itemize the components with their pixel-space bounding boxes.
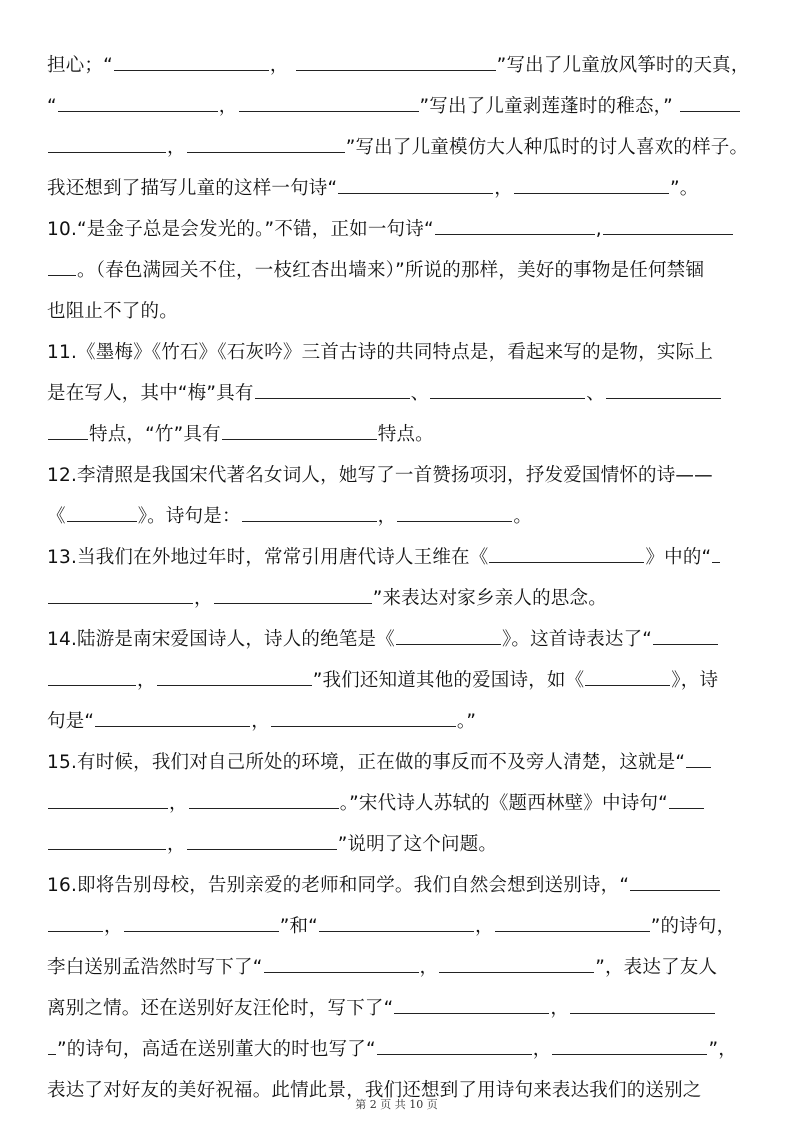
line-text: 。” [457,711,476,732]
fill-in-blank[interactable] [377,1032,532,1055]
fill-in-blank[interactable] [214,581,372,604]
fill-in-blank[interactable] [48,663,136,686]
line-text: 。”宋代诗人苏轼的《题西林壁》中诗句“ [340,793,668,814]
line-text: 是在写人，其中“梅”具有 [47,383,254,404]
fill-in-blank[interactable] [495,909,650,932]
line-text: ”的诗句， [651,916,736,937]
fill-in-blank[interactable] [606,376,721,399]
line-text: 》。诗句是： [138,506,241,527]
fill-in-blank[interactable] [570,991,715,1014]
fill-in-blank[interactable] [58,89,218,112]
line-text: ， [169,793,188,814]
text-line: 10.“是金子总是会发光的。”不错，正如一句诗“, [47,212,747,253]
text-line: 离别之情。还在送别好友汪伦时，写下了“， [47,991,747,1032]
line-text: ， [167,834,186,855]
fill-in-blank[interactable] [435,212,595,235]
line-text: ， [104,916,123,937]
line-text: ”。 [670,178,698,199]
fill-in-blank[interactable] [124,909,279,932]
text-line: 11.《墨梅》《竹石》《石灰吟》三首古诗的共同特点是，看起来写的是物，实际上 [47,335,747,376]
fill-in-blank[interactable] [189,786,339,809]
fill-in-blank[interactable] [653,622,718,645]
fill-in-blank[interactable] [338,171,493,194]
line-text: 》，诗 [671,670,718,691]
fill-in-blank[interactable] [296,48,496,71]
line-text: 句是“ [47,711,94,732]
fill-in-blank[interactable] [114,48,269,71]
fill-in-blank[interactable] [48,417,88,440]
line-text: 13.当我们在外地过年时，常常引用唐代诗人王维在《 [47,547,488,568]
fill-in-blank[interactable] [439,950,594,973]
line-text: 、 [411,383,430,404]
fill-in-blank[interactable] [187,827,337,850]
line-text: ， [494,178,513,199]
fill-in-blank[interactable] [319,909,474,932]
text-line: 14.陆游是南宋爱国诗人，诗人的绝笔是《》。这首诗表达了“ [47,622,747,663]
line-text: “ [47,96,57,117]
line-text: ， [378,506,397,527]
text-line: ，”和“，”的诗句， [47,909,747,950]
fill-in-blank[interactable] [686,745,711,768]
fill-in-blank[interactable] [514,171,669,194]
line-text: ， [251,711,270,732]
line-text: 10.“是金子总是会发光的。”不错，正如一句诗“ [47,219,434,240]
text-line: ，”我们还知道其他的爱国诗，如《》，诗 [47,663,747,704]
line-text: ”我们还知道其他的爱国诗，如《 [313,670,585,691]
text-line: 也阻止不了的。 [47,294,747,335]
line-text: 、 [586,383,605,404]
text-line: 句是“，。” [47,704,747,745]
line-text: ”写出了儿童剥莲蓬时的稚态，” [420,96,680,117]
line-text: 》。这首诗表达了“ [502,629,652,650]
line-text: 。（春色满园关不住，一枝红杏出墙来）”所说的那样，美好的事物是任何禁锢 [77,260,704,281]
text-line: 13.当我们在外地过年时，常常引用唐代诗人王维在《》中的“ [47,540,747,581]
line-text: 担心；“ [47,55,113,76]
fill-in-blank[interactable] [48,130,166,153]
fill-in-blank[interactable] [271,704,456,727]
fill-in-blank[interactable] [255,376,410,399]
line-text: 离别之情。还在送别好友汪伦时，写下了“ [47,998,393,1019]
fill-in-blank[interactable] [48,827,166,850]
line-text: 我还想到了描写儿童的这样一句诗“ [47,178,337,199]
fill-in-blank[interactable] [603,212,733,235]
line-text: 特点，“竹”具有 [89,424,221,445]
text-line: “，”写出了儿童剥莲蓬时的稚态，” [47,89,747,130]
line-text: ， [219,96,238,117]
line-text: ”，表达了友人 [595,957,717,978]
fill-in-blank[interactable] [157,663,312,686]
fill-in-blank[interactable] [552,1032,707,1055]
text-line: 我还想到了描写儿童的这样一句诗“，”。 [47,171,747,212]
fill-in-blank[interactable] [48,253,76,276]
line-text: , [596,219,602,240]
text-line: 李白送别孟浩然时写下了“，”，表达了友人 [47,950,747,991]
fill-in-blank[interactable] [430,376,585,399]
text-line: ，。”宋代诗人苏轼的《题西林壁》中诗句“ [47,786,747,827]
line-text: ”的诗句，高适在送别董大的时也写了“ [57,1039,376,1060]
line-text: ”写出了儿童模仿大人种瓜时的讨人喜欢的样子。 [346,137,749,158]
fill-in-blank[interactable] [48,581,193,604]
line-text: 11.《墨梅》《竹石》《石灰吟》三首古诗的共同特点是，看起来写的是物，实际上 [47,342,713,363]
page-footer: 第 2 页 共 10 页 [0,1096,793,1112]
fill-in-blank[interactable] [669,786,704,809]
text-line: 12.李清照是我国宋代著名女词人，她写了一首赞扬项羽，抒发爱国情怀的诗—— [47,458,747,499]
line-text: ， [137,670,156,691]
text-line: 是在写人，其中“梅”具有、、 [47,376,747,417]
text-line: ，”说明了这个问题。 [47,827,747,868]
fill-in-blank[interactable] [242,499,377,522]
worksheet-page: 担心；“， ”写出了儿童放风筝时的天真，“，”写出了儿童剥莲蓬时的稚态，” ，”… [47,48,747,1114]
fill-in-blank[interactable] [680,89,740,112]
fill-in-blank[interactable] [48,1032,56,1055]
line-text: ， [167,137,186,158]
text-line: 特点，“竹”具有特点。 [47,417,747,458]
text-line: ，”写出了儿童模仿大人种瓜时的讨人喜欢的样子。 [47,130,747,171]
line-text: 《 [47,506,66,527]
line-text: 14.陆游是南宋爱国诗人，诗人的绝笔是《 [47,629,395,650]
line-text: 。 [513,506,532,527]
fill-in-blank[interactable] [264,950,419,973]
line-text: 也阻止不了的。 [47,301,178,322]
fill-in-blank[interactable] [48,909,103,932]
fill-in-blank[interactable] [489,540,644,563]
line-text: 12.李清照是我国宋代著名女词人，她写了一首赞扬项羽，抒发爱国情怀的诗—— [47,465,713,486]
line-text: ， [270,55,295,76]
line-text: ”和“ [280,916,318,937]
fill-in-blank[interactable] [396,622,501,645]
fill-in-blank[interactable] [222,417,377,440]
text-line: 16.即将告别母校，告别亲爱的老师和同学。我们自然会想到送别诗，“ [47,868,747,909]
fill-in-blank[interactable] [48,786,168,809]
line-text: 15.有时候，我们对自己所处的环境，正在做的事反而不及旁人清楚，这就是“ [47,752,685,773]
line-text: ”说明了这个问题。 [338,834,497,855]
line-text: ， [550,998,569,1019]
text-line: ，”来表达对家乡亲人的思念。 [47,581,747,622]
text-line: 15.有时候，我们对自己所处的环境，正在做的事反而不及旁人清楚，这就是“ [47,745,747,786]
text-line: ”的诗句，高适在送别董大的时也写了“，”， [47,1032,747,1073]
fill-in-blank[interactable] [397,499,512,522]
text-line: 《》。诗句是：，。 [47,499,747,540]
fill-in-blank[interactable] [187,130,345,153]
text-line: 担心；“， ”写出了儿童放风筝时的天真， [47,48,747,89]
fill-in-blank[interactable] [394,991,549,1014]
line-text: ， [194,588,213,609]
line-text: ”写出了儿童放风筝时的天真， [497,55,750,76]
line-text: ”， [708,1039,736,1060]
line-text: ， [533,1039,552,1060]
line-text: ， [420,957,439,978]
text-line: 。（春色满园关不住，一枝红杏出墙来）”所说的那样，美好的事物是任何禁锢 [47,253,747,294]
line-text: 李白送别孟浩然时写下了“ [47,957,263,978]
fill-in-blank[interactable] [630,868,720,891]
fill-in-blank[interactable] [67,499,137,522]
fill-in-blank[interactable] [585,663,670,686]
fill-in-blank[interactable] [239,89,419,112]
line-text: ”来表达对家乡亲人的思念。 [373,588,607,609]
line-text: 》中的“ [645,547,711,568]
fill-in-blank[interactable] [95,704,250,727]
line-text: 特点。 [378,424,434,445]
line-text: 16.即将告别母校，告别亲爱的老师和同学。我们自然会想到送别诗，“ [47,875,629,896]
line-text: ， [475,916,494,937]
fill-in-blank[interactable] [712,540,720,563]
